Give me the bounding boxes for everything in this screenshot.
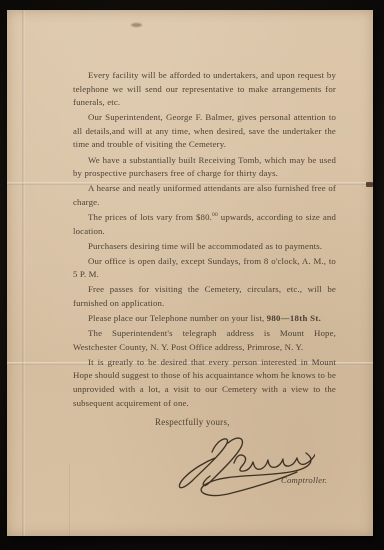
vertical-fold-crease	[22, 10, 25, 536]
letter-paragraph: Our Superintendent, George F. Balmer, gi…	[73, 111, 336, 152]
ink-smudge	[131, 23, 142, 27]
letter-paragraph: The prices of lots vary from $80.00 upwa…	[73, 211, 336, 238]
letter-paragraph: Please place our Telephone number on you…	[73, 312, 336, 326]
closing-line: Respectfully yours,	[155, 417, 230, 427]
signature	[170, 430, 315, 505]
letter-body: Every facility will be afforded to under…	[73, 69, 336, 412]
signature-title: Comptroller.	[281, 475, 327, 485]
photo-background: Every facility will be afforded to under…	[0, 0, 384, 550]
paper-edge-notch	[366, 182, 373, 187]
letter-paragraph: The Superintendent's telegraph address i…	[73, 327, 336, 354]
letter-paragraph: A hearse and neatly uniformed attendants…	[73, 182, 336, 209]
letter-paragraph: We have a substantially built Receiving …	[73, 154, 336, 181]
letter-paragraph: It is greatly to be desired that every p…	[73, 356, 336, 410]
letter-paragraph: Free passes for visiting the Cemetery, c…	[73, 283, 336, 310]
vertical-fold-crease-bottom	[69, 465, 71, 536]
letter-paragraph: Every facility will be afforded to under…	[73, 69, 336, 110]
letter-sheet: Every facility will be afforded to under…	[7, 10, 373, 536]
letter-paragraph: Our office is open daily, except Sundays…	[73, 255, 336, 282]
letter-paragraph: Purchasers desiring time will be accommo…	[73, 240, 336, 254]
